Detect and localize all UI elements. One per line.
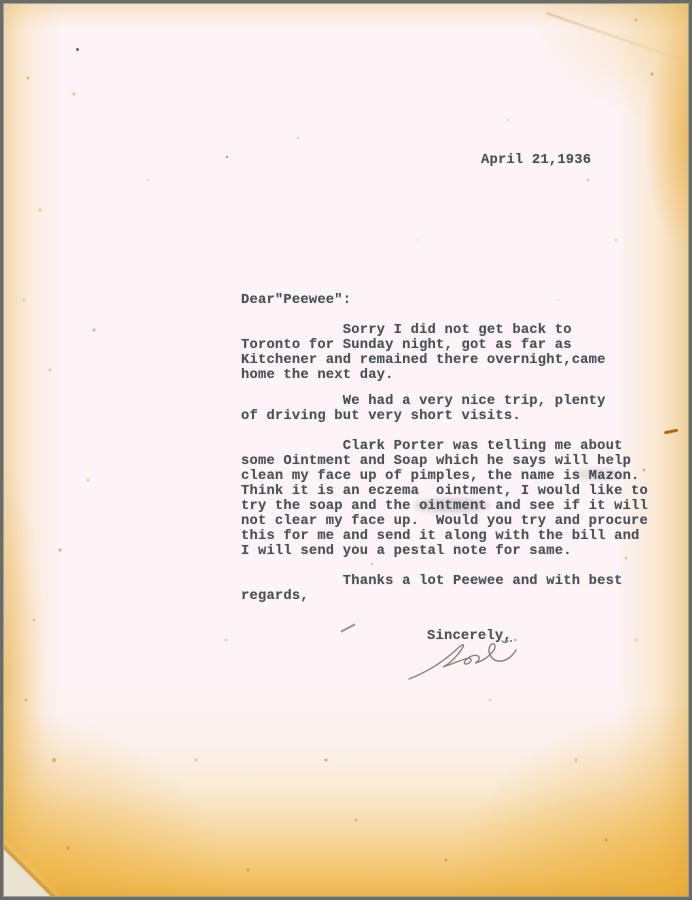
stray-pencil-mark — [340, 623, 355, 632]
torn-corner — [4, 810, 68, 896]
stain-mark — [664, 429, 678, 434]
ink-speck — [76, 48, 79, 51]
letter-paper: April 21,1936 Dear"Peewee": Sorry I did … — [4, 4, 688, 896]
letter-paragraph: Sorry I did not get back to Toronto for … — [241, 323, 606, 383]
handwritten-signature — [399, 638, 529, 684]
letter-paragraph: Thanks a lot Peewee and with best regard… — [241, 574, 623, 604]
overstruck-word-smudge — [414, 498, 490, 513]
letter-date: April 21,1936 — [481, 153, 591, 168]
overstruck-word-smudge — [574, 468, 622, 481]
letter-salutation: Dear"Peewee": — [241, 293, 351, 308]
ink-speck — [226, 156, 228, 158]
paper-crease — [546, 12, 692, 66]
scanned-letter-page: April 21,1936 Dear"Peewee": Sorry I did … — [0, 0, 692, 900]
letter-paragraph: We had a very nice trip, plenty of drivi… — [241, 394, 606, 424]
